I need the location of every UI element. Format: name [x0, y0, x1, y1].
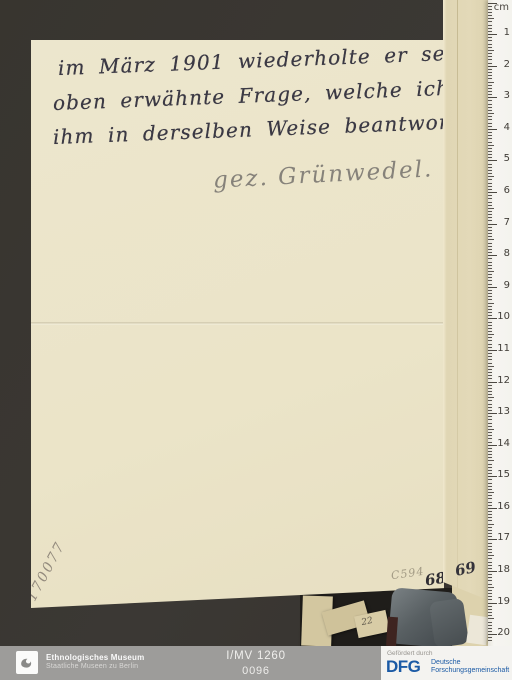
- ruler-number: 15: [494, 469, 510, 480]
- handwriting-line: ihm in derselben Weise beantwortete.: [53, 108, 502, 149]
- ruler-tick: [488, 555, 494, 556]
- ruler-tick: [488, 325, 492, 326]
- dfg-panel: Gefördert durch DFG Deutsche Forschungsg…: [381, 646, 512, 680]
- ruler-tick: [488, 277, 492, 278]
- ruler-tick: [488, 3, 497, 4]
- ruler-tick: [488, 527, 492, 528]
- funder-name-line2: Forschungsgemeinschaft: [431, 667, 509, 675]
- ruler-tick: [488, 59, 492, 60]
- ruler-tick: [488, 312, 492, 313]
- ruler-tick: [488, 489, 492, 490]
- ruler-tick: [488, 451, 492, 452]
- ruler-tick: [488, 615, 492, 616]
- ruler-tick: [488, 198, 492, 199]
- ruler-tick: [488, 622, 492, 623]
- ruler-tick: [488, 340, 492, 341]
- ruler-tick: [488, 473, 492, 474]
- ruler-tick: [488, 265, 492, 266]
- ruler-tick: [488, 407, 492, 408]
- ruler-tick: [488, 568, 492, 569]
- ruler-tick: [488, 243, 492, 244]
- ruler-tick: [488, 220, 492, 221]
- ruler-tick: [488, 246, 492, 247]
- folio-number: 69: [453, 558, 477, 580]
- ruler-tick: [488, 18, 494, 19]
- ruler-tick: [488, 618, 494, 619]
- ruler-tick: [488, 132, 492, 133]
- ruler-tick: [488, 631, 492, 632]
- ruler-number: 7: [494, 217, 510, 228]
- ruler-tick: [488, 37, 492, 38]
- ruler-tick: [488, 271, 494, 272]
- ruler-number: 6: [494, 185, 510, 196]
- ruler-tick: [488, 205, 492, 206]
- ruler-tick: [488, 435, 492, 436]
- ruler-tick: [488, 167, 492, 168]
- ruler-tick: [488, 107, 492, 108]
- ruler-tick: [488, 502, 492, 503]
- ruler-tick: [488, 21, 492, 22]
- ruler-tick: [488, 82, 494, 83]
- ruler-tick: [488, 47, 492, 48]
- ruler-tick: [488, 119, 492, 120]
- ruler-tick: [488, 366, 494, 367]
- ruler-number: 8: [494, 248, 510, 259]
- ruler-tick: [488, 157, 492, 158]
- funder-name-line1: Deutsche: [431, 659, 509, 667]
- ruler-tick: [488, 94, 492, 95]
- ruler-tick: [488, 609, 492, 610]
- ruler-tick: [488, 309, 492, 310]
- ruler-tick: [488, 164, 492, 165]
- ruler-tick: [488, 78, 492, 79]
- fragment-folio-number: 22: [361, 616, 374, 628]
- ruler-tick: [488, 25, 492, 26]
- ruler-tick: [488, 138, 492, 139]
- ruler-tick: [488, 423, 492, 424]
- ruler-number: 14: [494, 438, 510, 449]
- ruler-tick: [488, 584, 492, 585]
- paper-chip: [466, 615, 490, 646]
- ruler-tick: [488, 486, 492, 487]
- ruler-tick: [488, 546, 492, 547]
- ruler-tick: [488, 28, 492, 29]
- ruler-tick: [488, 252, 492, 253]
- ruler-tick: [488, 230, 492, 231]
- ruler-tick: [488, 296, 492, 297]
- ruler-tick: [488, 56, 492, 57]
- ruler-tick: [488, 391, 492, 392]
- ruler-tick: [488, 356, 492, 357]
- ruler-tick: [488, 347, 492, 348]
- ruler-tick: [488, 15, 492, 16]
- ruler-number: 5: [494, 153, 510, 164]
- ruler-tick: [488, 599, 492, 600]
- ruler-tick: [488, 596, 492, 597]
- ruler-tick: [488, 110, 492, 111]
- ruler-tick: [488, 580, 492, 581]
- ruler-tick: [488, 176, 494, 177]
- ruler-tick: [488, 208, 494, 209]
- ruler-tick: [488, 530, 492, 531]
- ruler-tick: [488, 116, 492, 117]
- funding-note: Gefördert durch: [387, 650, 433, 657]
- ruler-tick: [488, 416, 492, 417]
- ruler-tick: [488, 524, 494, 525]
- ruler-tick: [488, 315, 492, 316]
- ruler-tick: [488, 460, 494, 461]
- dfg-logo: DFG: [386, 657, 420, 677]
- ruler-tick: [488, 448, 492, 449]
- ruler-tick: [488, 53, 492, 54]
- ruler-tick: [488, 543, 492, 544]
- ruler-tick: [488, 268, 492, 269]
- ruler-tick: [488, 186, 492, 187]
- faint-pencil-mark: C594: [390, 565, 425, 583]
- ruler-tick: [488, 183, 492, 184]
- ruler-tick: [488, 40, 492, 41]
- ruler-tick: [488, 75, 492, 76]
- ruler-tick: [488, 372, 492, 373]
- handwriting-line: im März 1901 wiederholte er seine: [58, 40, 481, 80]
- ruler-tick: [488, 69, 492, 70]
- ruler-number: 4: [494, 122, 510, 133]
- ruler-tick: [488, 88, 492, 89]
- ruler-number: 18: [494, 564, 510, 575]
- ruler-tick: [488, 202, 492, 203]
- ruler-tick: [488, 385, 492, 386]
- ruler-tick: [488, 517, 492, 518]
- handwriting-line: oben erwähnte Frage, welche ich: [53, 76, 451, 115]
- ruler-tick: [488, 142, 492, 143]
- ruler-tick: [488, 239, 494, 240]
- ruler-tick: [488, 113, 494, 114]
- ruler-tick: [488, 151, 492, 152]
- ruler-tick: [488, 31, 492, 32]
- ruler-tick: [488, 337, 492, 338]
- ruler-tick: [488, 91, 492, 92]
- funder-name: Deutsche Forschungsgemeinschaft: [431, 659, 509, 675]
- ruler-tick: [488, 511, 492, 512]
- ruler-tick: [488, 514, 492, 515]
- ruler-tick: [488, 353, 492, 354]
- ruler-tick: [488, 587, 494, 588]
- ruler-tick: [488, 397, 494, 398]
- ruler-tick: [488, 419, 492, 420]
- ruler-tick: [488, 590, 492, 591]
- ruler-tick: [488, 549, 492, 550]
- spine-edge: [386, 617, 398, 647]
- scan-viewport: 22 im März 1901 wiederholte er seine obe…: [0, 0, 512, 680]
- ruler-tick: [488, 400, 492, 401]
- ruler-number: 1: [494, 27, 510, 38]
- ruler-tick: [488, 363, 492, 364]
- ruler-tick: [488, 606, 492, 607]
- ruler-tick: [488, 495, 492, 496]
- ruler-tick: [488, 612, 492, 613]
- footer-bar: Ethnologisches Museum Staatliche Museen …: [0, 646, 512, 680]
- ruler-tick: [488, 467, 492, 468]
- ruler-tick: [488, 533, 492, 534]
- ruler-tick: [488, 189, 492, 190]
- ruler-tick: [488, 344, 492, 345]
- ruler-tick: [488, 100, 492, 101]
- ruler-tick: [488, 369, 492, 370]
- ruler-tick: [488, 378, 492, 379]
- ruler-tick: [488, 154, 492, 155]
- ruler-tick: [488, 233, 492, 234]
- ruler-tick: [488, 214, 492, 215]
- ruler-tick: [488, 562, 492, 563]
- ruler-tick: [488, 123, 492, 124]
- ruler-tick: [488, 148, 492, 149]
- ruler-number: 17: [494, 532, 510, 543]
- ruler-unit-label: cm: [494, 2, 509, 13]
- ruler-tick: [488, 284, 492, 285]
- ruler-tick: [488, 280, 492, 281]
- ruler-tick: [488, 565, 492, 566]
- ruler-tick: [488, 211, 492, 212]
- ruler-tick: [488, 479, 492, 480]
- pencil-inventory-number: 170077: [24, 539, 69, 604]
- ruler-number: 9: [494, 280, 510, 291]
- ruler-tick: [488, 6, 492, 7]
- fold-crease: [31, 322, 444, 325]
- ruler-number: 3: [494, 90, 510, 101]
- ruler-tick: [488, 552, 492, 553]
- ruler-tick: [488, 432, 492, 433]
- ruler-number: 16: [494, 501, 510, 512]
- ruler-tick: [488, 625, 492, 626]
- document-page: im März 1901 wiederholte er seine oben e…: [31, 40, 444, 608]
- ruler-tick: [488, 442, 492, 443]
- next-page-edge: 69: [443, 0, 488, 600]
- ruler-tick: [488, 520, 492, 521]
- ruler-tick: [488, 331, 492, 332]
- ruler-tick: [488, 359, 492, 360]
- ruler-tick: [488, 72, 492, 73]
- ruler-tick: [488, 574, 492, 575]
- ruler-tick: [488, 536, 492, 537]
- ruler-tick: [488, 464, 492, 465]
- ruler-tick: [488, 195, 492, 196]
- ruler-number: 10: [494, 311, 510, 322]
- binding-cloth: [429, 598, 469, 648]
- page-edge-crease: [457, 0, 458, 600]
- ruler-tick: [488, 262, 492, 263]
- ruler-tick: [488, 426, 492, 427]
- ruler-tick: [488, 454, 492, 455]
- cm-ruler: cm 1234567891011121314151617181920: [488, 0, 512, 646]
- ruler-tick: [488, 173, 492, 174]
- signature: gez. Grünwedel.: [212, 156, 433, 193]
- ruler-tick: [488, 170, 492, 171]
- ruler-tick: [488, 505, 492, 506]
- ruler-tick: [488, 303, 494, 304]
- ruler-number: 20: [494, 627, 510, 638]
- ruler-tick: [488, 410, 492, 411]
- ruler-tick: [488, 438, 492, 439]
- ruler-tick: [488, 558, 492, 559]
- ruler-tick: [488, 457, 492, 458]
- ruler-tick: [488, 498, 492, 499]
- ruler-tick: [488, 135, 492, 136]
- ruler-tick: [488, 328, 492, 329]
- ruler-tick: [488, 375, 492, 376]
- ruler-tick: [488, 306, 492, 307]
- ruler-tick: [488, 44, 492, 45]
- ruler-tick: [488, 217, 492, 218]
- ruler-tick: [488, 577, 492, 578]
- ruler-tick: [488, 388, 492, 389]
- ruler-tick: [488, 258, 492, 259]
- ruler-number: 11: [494, 343, 510, 354]
- ruler-tick: [488, 299, 492, 300]
- ruler-tick: [488, 640, 492, 641]
- ruler-tick: [488, 334, 494, 335]
- ruler-tick: [488, 9, 492, 10]
- ruler-tick: [488, 145, 494, 146]
- ruler-tick: [488, 404, 492, 405]
- ruler-tick: [488, 12, 492, 13]
- ruler-tick: [488, 236, 492, 237]
- ruler-tick: [488, 63, 492, 64]
- ruler-tick: [488, 50, 494, 51]
- ruler-tick: [488, 293, 492, 294]
- ruler-tick: [488, 429, 494, 430]
- ruler-tick: [488, 637, 492, 638]
- ruler-tick: [488, 492, 494, 493]
- ruler-tick: [488, 290, 492, 291]
- ruler-tick: [488, 394, 492, 395]
- ruler-tick: [488, 483, 492, 484]
- ruler-number: 13: [494, 406, 510, 417]
- ruler-tick: [488, 104, 492, 105]
- ruler-tick: [488, 85, 492, 86]
- ruler-tick: [488, 470, 492, 471]
- ruler-tick: [488, 628, 492, 629]
- ruler-number: 12: [494, 375, 510, 386]
- ruler-tick: [488, 274, 492, 275]
- ruler-tick: [488, 179, 492, 180]
- ruler-tick: [488, 322, 492, 323]
- ruler-tick: [488, 249, 492, 250]
- ruler-tick: [488, 126, 492, 127]
- ruler-tick: [488, 593, 492, 594]
- ruler-number: 2: [494, 59, 510, 70]
- ruler-tick: [488, 227, 492, 228]
- ruler-number: 19: [494, 596, 510, 607]
